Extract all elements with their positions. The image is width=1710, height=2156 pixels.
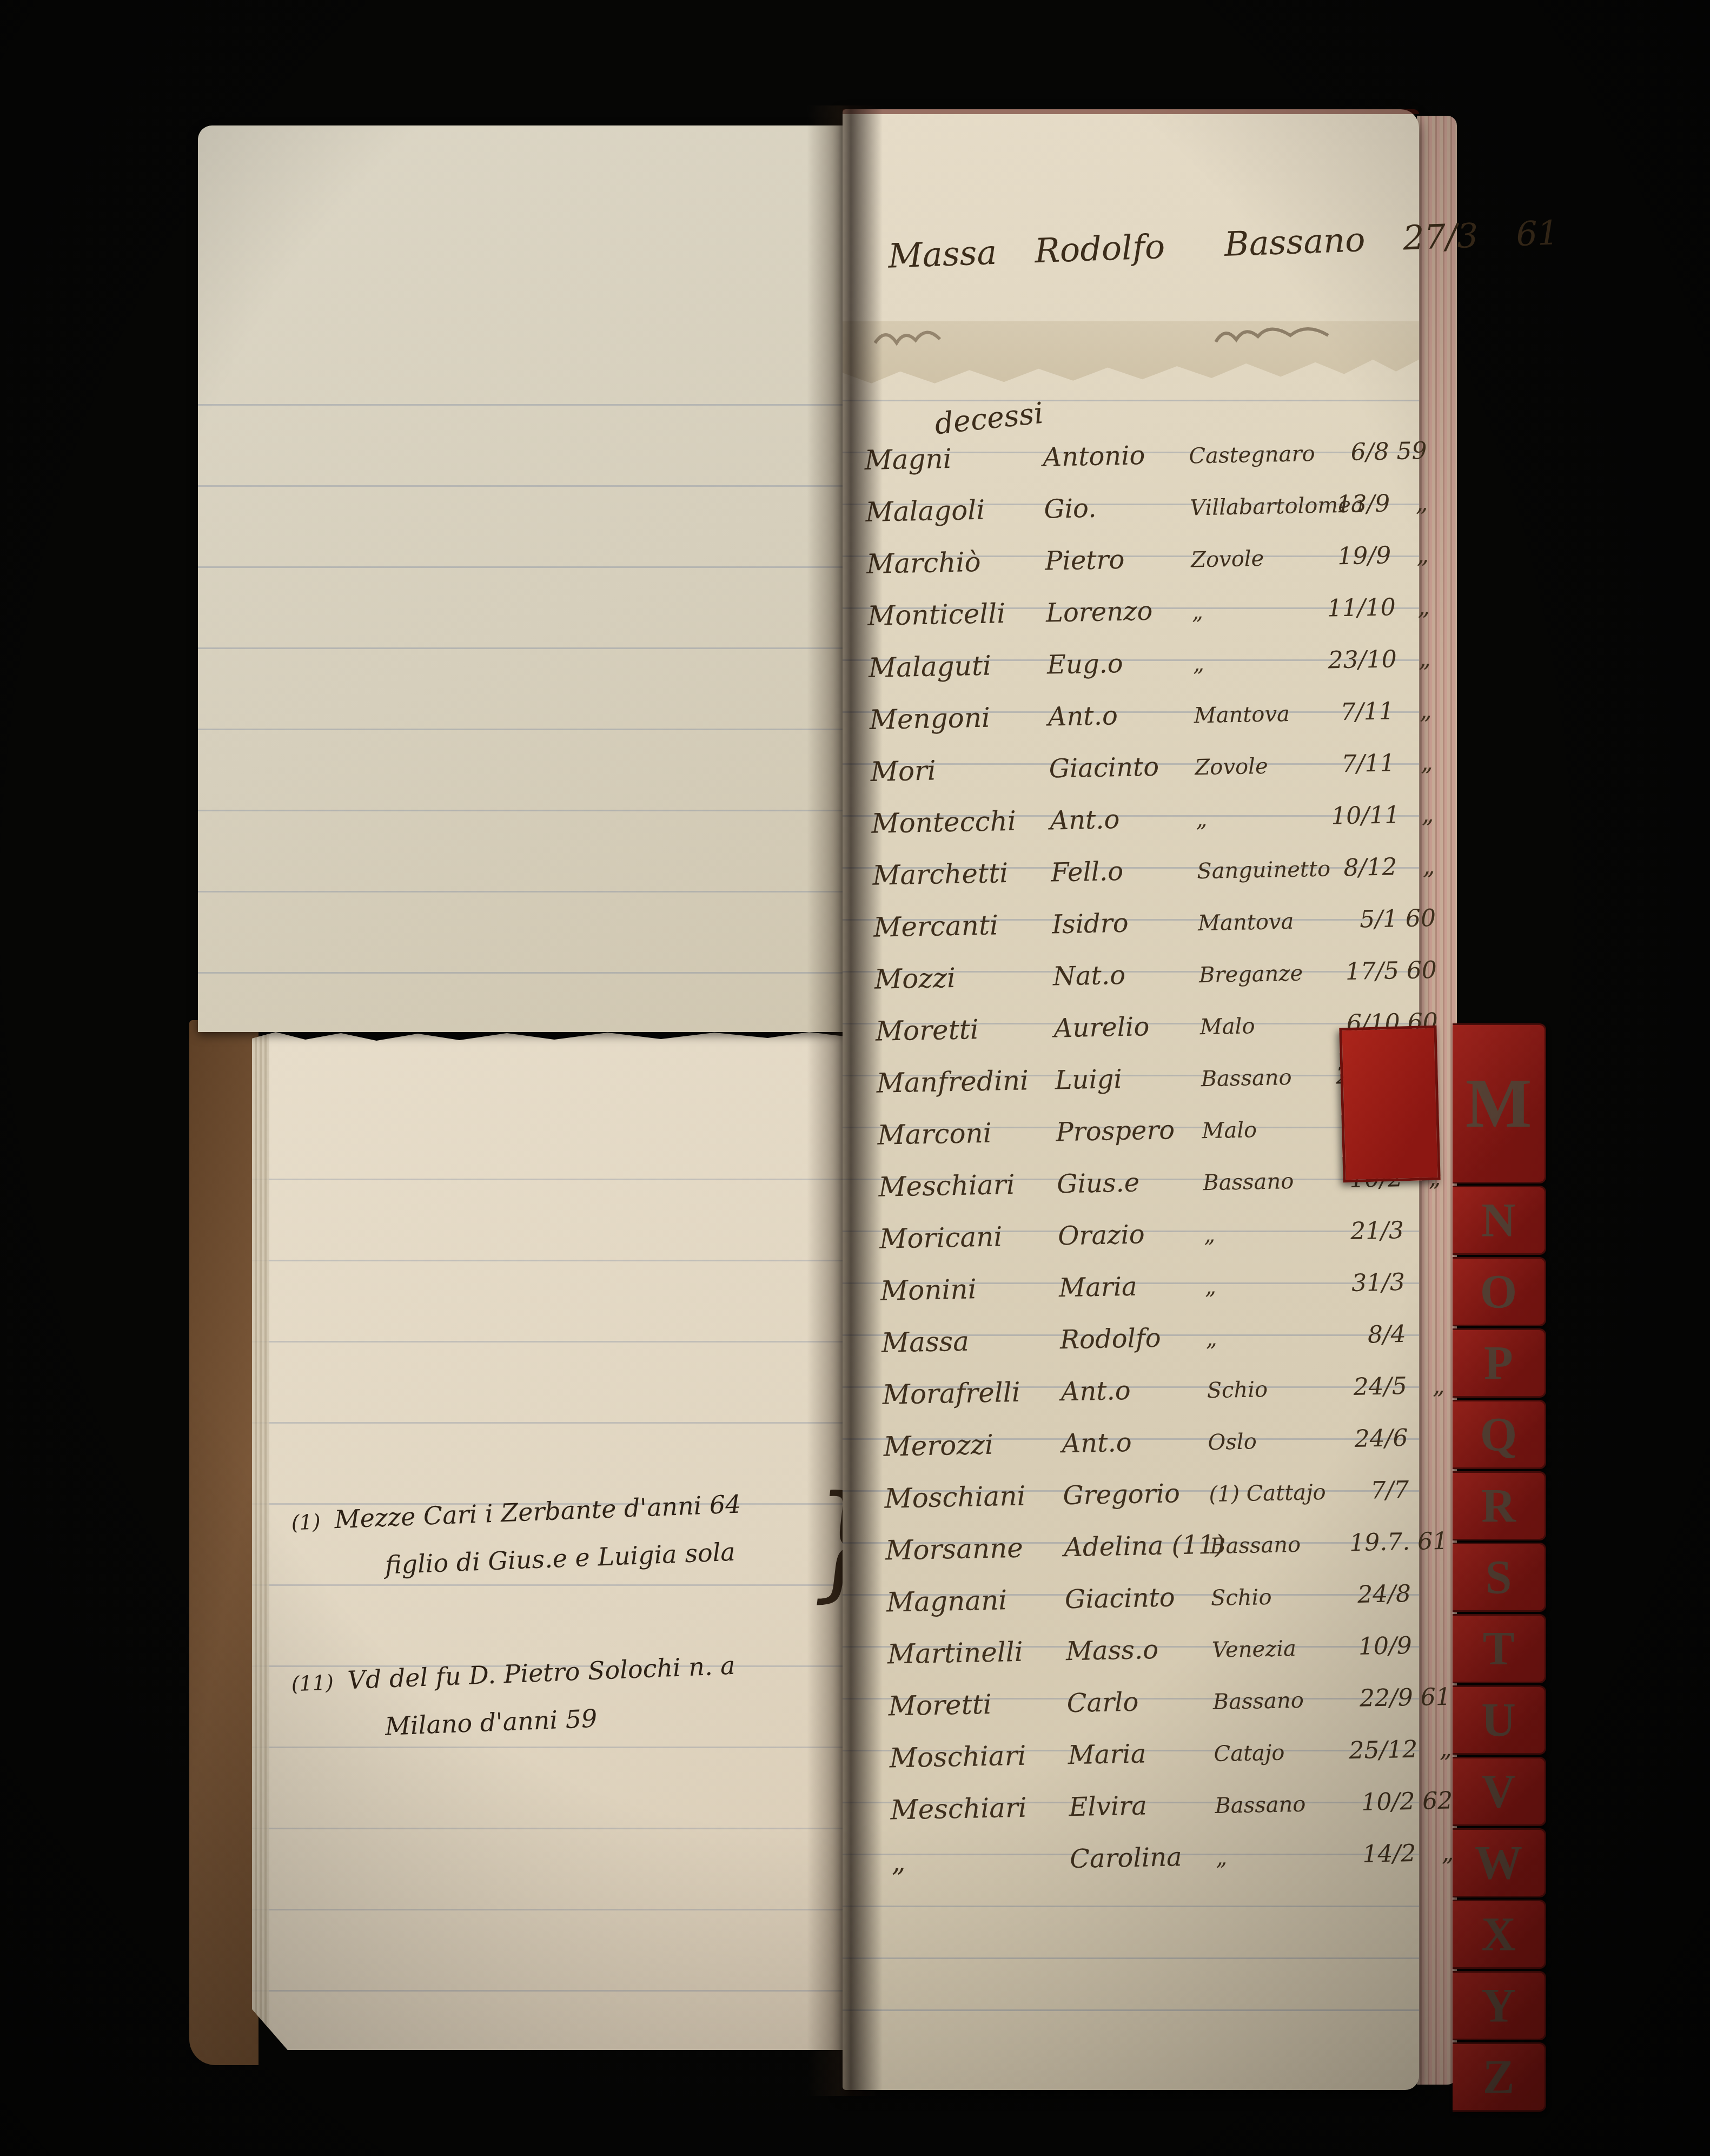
- entry-given: Isidro: [1052, 907, 1198, 940]
- entry-year: „: [1414, 1735, 1452, 1763]
- entry-given: Ant.o: [1050, 803, 1196, 836]
- entry-surname: Moricani: [879, 1220, 1058, 1254]
- entry-given: Maria: [1068, 1737, 1214, 1770]
- entry-surname: Mozzi: [874, 960, 1053, 995]
- entry-surname: Mori: [870, 753, 1049, 788]
- entry-given: Gio.: [1044, 491, 1190, 524]
- entry-surname: Malaguti: [868, 649, 1047, 684]
- entry-surname: Meschiari: [890, 1791, 1069, 1826]
- entry-surname: Mercanti: [873, 909, 1052, 943]
- entry-surname: Magni: [864, 441, 1043, 476]
- alphabet-tab-column: MNOPQRSTUVWXYZ: [1453, 1023, 1545, 2114]
- entry-surname: Malagoli: [865, 493, 1044, 528]
- entry-place: Malo: [1199, 1012, 1335, 1040]
- tab-letter: M: [1466, 1063, 1532, 1144]
- entry-surname: Morsanne: [885, 1531, 1064, 1566]
- index-tab-u: U: [1453, 1685, 1546, 1755]
- tab-letter: S: [1486, 1550, 1512, 1605]
- entry-given: Giacinto: [1065, 1582, 1211, 1615]
- entry-year: „: [1396, 801, 1434, 829]
- entry-place: „: [1205, 1272, 1341, 1299]
- entry-given: Prospero: [1056, 1114, 1202, 1147]
- entry-surname: Marchiò: [866, 545, 1045, 580]
- entry-surname: Montecchi: [871, 805, 1050, 839]
- entry-year: „: [1407, 1372, 1445, 1400]
- entry-given: Gregorio: [1063, 1478, 1209, 1511]
- footnote-11-line1: Vd del fu D. Pietro Solochi n. a: [347, 1651, 736, 1695]
- entry-surname: Monticelli: [867, 597, 1046, 632]
- entry-date: 22/9: [1348, 1684, 1413, 1712]
- entry-date: 25/12: [1349, 1736, 1414, 1764]
- entry-place: Castegnaro: [1189, 441, 1324, 469]
- entry-place: „: [1192, 649, 1328, 677]
- entry-date: 24/5: [1342, 1372, 1407, 1401]
- entry-given: Luigi: [1055, 1062, 1201, 1095]
- entry-date: 7/11: [1330, 749, 1395, 778]
- entry-surname: Merozzi: [883, 1427, 1062, 1462]
- entry-place: „: [1205, 1324, 1341, 1351]
- entry-year: „: [1397, 852, 1435, 881]
- entry-surname: Marchetti: [872, 857, 1051, 891]
- index-tab-z: Z: [1453, 2042, 1546, 2112]
- entry-date: 19.7.: [1345, 1528, 1410, 1557]
- entry-place: Oslo: [1208, 1427, 1343, 1455]
- entry-place: Villabartolomea: [1190, 493, 1325, 521]
- entry-given: Ant.o: [1061, 1374, 1207, 1407]
- entry-place: „: [1192, 597, 1328, 625]
- tab-letter: Z: [1483, 2050, 1515, 2105]
- entry-given: Aurelio: [1053, 1010, 1200, 1043]
- tab-letter: P: [1484, 1336, 1513, 1391]
- entry-surname: Martinelli: [887, 1635, 1066, 1670]
- entry-given: Antonio: [1043, 439, 1189, 472]
- entry-place: Bassano: [1212, 1687, 1348, 1715]
- entry-year: 59: [1389, 437, 1427, 465]
- header-given: Rodolfo: [1034, 227, 1166, 270]
- entry-date: 7/11: [1329, 697, 1394, 726]
- entry-year: 62: [1415, 1787, 1453, 1815]
- entry-surname: Moschiani: [884, 1479, 1063, 1514]
- book-cover-board: [189, 1020, 259, 2065]
- entry-given: Maria: [1058, 1270, 1205, 1303]
- tab-letter: T: [1483, 1622, 1515, 1676]
- entry-surname: Moretti: [888, 1687, 1067, 1722]
- footnote-11-line2: Milano d'anni 59: [385, 1697, 780, 1741]
- entry-year: 60: [1399, 956, 1437, 984]
- footnote-1-id: (1): [291, 1510, 321, 1535]
- ledger-row: „Carolina„14/2„: [891, 1836, 1439, 1898]
- entry-place: Malo: [1202, 1116, 1337, 1143]
- entry-date: 6/8: [1324, 438, 1389, 466]
- entry-given: Eug.o: [1046, 647, 1193, 680]
- entry-date: 19/9: [1326, 541, 1391, 570]
- footnote-1-line1: Mezze Cari i Zerbante d'anni 64: [334, 1489, 741, 1534]
- entry-place: (1) Cattajo: [1209, 1479, 1344, 1507]
- entry-date: 31/3: [1340, 1268, 1405, 1297]
- entry-place: Breganze: [1199, 961, 1335, 988]
- entry-surname: Moretti: [875, 1012, 1054, 1047]
- entry-surname: Manfredini: [876, 1064, 1055, 1099]
- entry-date: 14/2: [1351, 1840, 1416, 1868]
- entry-place: Zovole: [1191, 545, 1327, 573]
- tab-letter: U: [1481, 1693, 1516, 1748]
- entry-given: Nat.o: [1052, 958, 1199, 991]
- tab-m-open-flap: [1339, 1026, 1440, 1183]
- entry-year: „: [1416, 1839, 1454, 1867]
- tab-letter: R: [1481, 1479, 1516, 1533]
- index-tab-p: P: [1453, 1328, 1546, 1398]
- entry-given: Elvira: [1069, 1789, 1215, 1822]
- footnote-1-line2: figlio di Gius.e e Luigia sola: [385, 1533, 834, 1580]
- right-page-index-m: Massa Rodolfo Bassano 27/3 61 decessi Ma…: [843, 109, 1419, 2090]
- entry-year: „: [1390, 489, 1428, 517]
- entry-place: Bassano: [1201, 1064, 1336, 1092]
- left-page-blank: [198, 125, 845, 1032]
- entry-place: „: [1204, 1220, 1340, 1247]
- entry-date: 8/4: [1341, 1320, 1406, 1349]
- torn-leaf-remnant: [843, 321, 1419, 387]
- entry-year: 61: [1413, 1683, 1451, 1711]
- entry-place: Bassano: [1203, 1168, 1338, 1195]
- index-tab-m: M: [1453, 1023, 1546, 1183]
- entry-surname: Morafrelli: [882, 1375, 1061, 1410]
- tab-letter: W: [1475, 1836, 1522, 1890]
- index-tab-t: T: [1453, 1614, 1546, 1683]
- entry-given: Ant.o: [1048, 699, 1194, 732]
- index-tab-o: O: [1453, 1257, 1546, 1326]
- entry-place: Mantova: [1198, 909, 1334, 936]
- entry-year: „: [1395, 749, 1433, 777]
- entry-date: 10/9: [1347, 1632, 1412, 1661]
- header-year: 61: [1515, 213, 1559, 254]
- entry-surname: Marconi: [877, 1116, 1056, 1150]
- entry-surname: Moschiari: [889, 1739, 1068, 1774]
- entry-given: Adelina (11): [1064, 1530, 1210, 1563]
- entry-given: Carlo: [1066, 1685, 1213, 1718]
- tab-letter: Q: [1480, 1407, 1517, 1462]
- entry-given: Giacinto: [1049, 751, 1195, 784]
- footnote-11-id: (11): [291, 1670, 334, 1696]
- entry-surname: Monini: [880, 1272, 1059, 1306]
- footnote-1: (1)Mezze Cari i Zerbante d'anni 64 figli…: [291, 1486, 834, 1583]
- entry-year: „: [1394, 697, 1432, 725]
- tab-letter: V: [1481, 1764, 1516, 1819]
- index-tab-w: W: [1453, 1828, 1546, 1897]
- index-tab-n: N: [1453, 1186, 1546, 1255]
- entry-date: 13/9: [1325, 490, 1390, 518]
- entry-date: 17/5: [1334, 957, 1399, 986]
- index-tab-q: Q: [1453, 1400, 1546, 1469]
- entry-place: Zovole: [1195, 753, 1330, 781]
- page-header-entry: Massa Rodolfo Bassano 27/3 61: [887, 218, 1408, 275]
- index-tab-v: V: [1453, 1757, 1546, 1826]
- entry-place: „: [1196, 805, 1331, 832]
- entry-surname: „: [891, 1843, 1070, 1877]
- entry-date: 5/1: [1333, 905, 1399, 934]
- entry-date: 21/3: [1339, 1216, 1404, 1245]
- entry-date: 7/7: [1344, 1476, 1409, 1505]
- entry-given: Carolina: [1070, 1841, 1216, 1874]
- entry-given: Mass.o: [1065, 1633, 1212, 1666]
- entry-surname: Massa: [881, 1324, 1060, 1358]
- entry-place: Schio: [1211, 1583, 1347, 1611]
- tab-letter: X: [1481, 1907, 1516, 1962]
- entry-year: „: [1391, 593, 1430, 621]
- entry-given: Fell.o: [1051, 855, 1197, 888]
- register-photo: (1)Mezze Cari i Zerbante d'anni 64 figli…: [0, 0, 1710, 2156]
- header-place: Bassano: [1224, 220, 1366, 264]
- entry-place: Venezia: [1211, 1635, 1347, 1663]
- entry-place: Bassano: [1210, 1531, 1346, 1559]
- entry-given: Pietro: [1045, 543, 1191, 576]
- entry-date: 11/10: [1327, 593, 1392, 622]
- header-surname: Massa: [887, 233, 997, 276]
- entry-place: „: [1216, 1843, 1351, 1870]
- index-tab-x: X: [1453, 1900, 1546, 1969]
- entry-year: 60: [1398, 904, 1436, 932]
- tab-letter: Y: [1481, 1979, 1516, 2033]
- left-page-lower: (1)Mezze Cari i Zerbante d'anni 64 figli…: [252, 1029, 845, 2050]
- book-gutter: [807, 105, 883, 2096]
- entry-year: „: [1391, 541, 1429, 569]
- index-tab-y: Y: [1453, 1971, 1546, 2040]
- entry-place: Catajo: [1214, 1739, 1349, 1767]
- list-heading: decessi: [933, 396, 1045, 441]
- entry-date: 24/6: [1343, 1424, 1408, 1453]
- index-tab-r: R: [1453, 1471, 1546, 1540]
- entry-date: 23/10: [1328, 645, 1393, 674]
- entry-date: 10/2: [1350, 1788, 1415, 1816]
- entry-given: Rodolfo: [1059, 1322, 1206, 1355]
- entry-surname: Mengoni: [869, 701, 1048, 736]
- entry-surname: Meschiari: [878, 1168, 1057, 1202]
- tab-letter: N: [1481, 1193, 1516, 1248]
- entry-year: „: [1393, 645, 1431, 673]
- entry-date: 10/11: [1331, 801, 1396, 830]
- torn-ink-fragments: [843, 321, 1419, 354]
- entry-given: Gius.e: [1057, 1166, 1203, 1199]
- entry-year: 61: [1410, 1527, 1448, 1556]
- header-date: 27/3: [1402, 216, 1479, 258]
- index-tab-s: S: [1453, 1543, 1546, 1612]
- entry-place: Schio: [1207, 1375, 1342, 1403]
- entry-given: Lorenzo: [1046, 595, 1192, 628]
- entry-place: Sanguinetto: [1197, 857, 1333, 884]
- entry-surname: Magnani: [886, 1583, 1065, 1618]
- entry-date: 24/8: [1346, 1580, 1411, 1609]
- entry-given: Orazio: [1058, 1218, 1204, 1251]
- entry-place: Bassano: [1215, 1791, 1350, 1818]
- footnote-11: (11)Vd del fu D. Pietro Solochi n. a Mil…: [291, 1649, 780, 1744]
- entry-given: Ant.o: [1062, 1426, 1208, 1459]
- tab-letter: O: [1480, 1265, 1517, 1319]
- entry-place: Mantova: [1194, 701, 1329, 729]
- entry-date: 8/12: [1332, 853, 1397, 882]
